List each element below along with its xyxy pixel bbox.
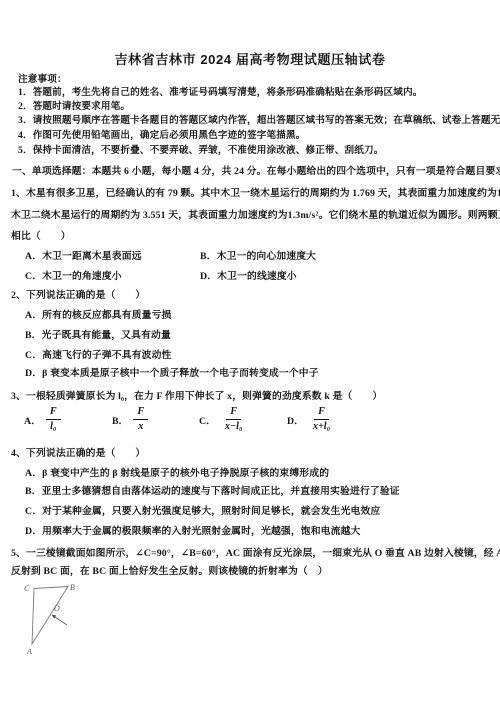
option-label: B．: [200, 251, 217, 262]
notice-item-3: 3．请按照题号顺序在答题卡各题目的答题区域内作答，超出答题区域书写的答案无效；在…: [18, 112, 500, 126]
option-text: β 衰变中产生的 β 射线是原子的核外电子挣脱原子核的束缚形成的: [42, 468, 329, 479]
section-header: 一、单项选择题：本题共 6 小题，每小题 4 分，共 24 分。在每小题给出的四…: [12, 163, 500, 177]
option-label: B．: [25, 330, 42, 341]
notice-item-2: 2．答题时请按要求用笔。: [18, 98, 130, 112]
fraction-denominator: x+l₀: [309, 420, 334, 433]
option-label: C．: [25, 350, 42, 361]
q3-option-c: C． Fx−l₀: [199, 406, 247, 433]
q5-line-1: 5、一三棱镜截面如图所示，∠C=90°，∠B=60°，AC 面涂有反光涂层，一细…: [11, 545, 500, 559]
q2-option-a: A．所有的核反应都具有质量亏损: [25, 307, 171, 321]
incident-ray: [54, 616, 68, 625]
option-label: C．: [25, 271, 42, 282]
exam-paper-page: 吉林省吉林市 2024 届高考物理试题压轴试卷 注意事项： 1．答题前，考生先将…: [0, 0, 500, 707]
option-text: 木卫一距离木星表面远: [42, 251, 141, 262]
option-label: A．: [25, 468, 42, 479]
vertex-label-c: C: [24, 584, 30, 593]
q2-option-d: D．β 衰变本质是原子核中一个质子释放一个电子而转变成一个中子: [25, 365, 319, 379]
option-text: β 衰变本质是原子核中一个质子释放一个电子而转变成一个中子: [42, 368, 318, 379]
notice-heading: 注意事项：: [18, 71, 67, 85]
q4-option-b: B．亚里士多德猜想自由落体运动的速度与下落时间成正比，并直接用实验进行了验证: [25, 483, 400, 497]
option-text: 对于某种金属，只要入射光强度足够大，照射时间足够长，就会发生光电效应: [42, 506, 380, 517]
q3-option-b: B． Fx: [112, 406, 148, 433]
option-label: C．: [25, 506, 42, 517]
point-label-o: O: [54, 604, 60, 613]
option-label: D．: [287, 413, 304, 427]
q4-option-c: C．对于某种金属，只要入射光强度足够大，照射时间足够长，就会发生光电效应: [25, 503, 380, 517]
fraction-numerator: F: [46, 406, 61, 420]
option-label: A．: [24, 413, 41, 427]
fraction-numerator: F: [226, 406, 241, 420]
ray-arrowhead: [51, 615, 56, 619]
option-text: 光子既具有能量，又具有动量: [42, 330, 171, 341]
q3-stem: 3、一根轻质弹簧原长为 l₀，在力 F 作用下伸长了 x，则弹簧的劲度系数 k …: [11, 388, 382, 402]
option-label: D．: [200, 271, 217, 282]
notice-item-5: 5．保持卡面清洁，不要折叠、不要弄破、弄皱，不准使用涂改液、修正带、刮纸刀。: [18, 142, 383, 156]
fraction-denominator: x: [134, 420, 147, 433]
q5-line-2: 反射到 BC 面，在 BC 面上恰好发生全反射。则该棱镜的折射率为（ ）: [11, 563, 328, 577]
fraction-numerator: F: [133, 406, 148, 420]
vertex-label-b: B: [70, 583, 75, 592]
q1-option-b: B．木卫一的向心加速度大: [200, 248, 316, 262]
notice-item-1: 1．答题前，考生先将自己的姓名、准考证号码填写清楚，将条形码准确粘贴在条形码区域…: [18, 84, 422, 98]
option-label: D．: [25, 526, 42, 537]
fraction: Fx−l₀: [221, 406, 247, 433]
q2-stem: 2、下列说法正确的是（ ）: [11, 287, 145, 301]
q1-line-1: 1、木星有很多卫星，已经确认的有 79 颗。其中木卫一绕木星运行的周期约为 1.…: [11, 185, 500, 199]
q3-option-d: D． Fx+l₀: [287, 406, 334, 433]
prism-figure: C B A O: [18, 579, 88, 661]
option-label: C．: [199, 413, 216, 427]
q2-option-c: C．高速飞行的子弹不具有波动性: [25, 347, 171, 361]
fraction: Fx: [133, 406, 148, 433]
q2-option-b: B．光子既具有能量，又具有动量: [25, 327, 171, 341]
option-label: A．: [25, 251, 42, 262]
option-label: D．: [25, 368, 42, 379]
prism-triangle: [32, 587, 68, 645]
option-label: A．: [25, 310, 42, 321]
vertex-label-a: A: [26, 647, 32, 656]
fraction: Fl₀: [46, 406, 61, 433]
option-text: 高速飞行的子弹不具有波动性: [42, 350, 171, 361]
q3-option-a: A． Fl₀: [24, 406, 61, 433]
q1-option-a: A．木卫一距离木星表面远: [25, 248, 142, 262]
q4-option-a: A．β 衰变中产生的 β 射线是原子的核外电子挣脱原子核的束缚形成的: [25, 465, 329, 479]
option-text: 用频率大于金属的极限频率的入射光照射金属时，光越强，饱和电流越大: [42, 526, 360, 537]
fraction-numerator: F: [314, 406, 329, 420]
notice-item-4: 4．作图可先使用铅笔画出，确定后必须用黑色字迹的签字笔描黑。: [18, 127, 306, 141]
fraction-denominator: x−l₀: [221, 420, 247, 433]
fraction-denominator: l₀: [46, 420, 60, 433]
exam-title: 吉林省吉林市 2024 届高考物理试题压轴试卷: [0, 49, 500, 68]
q4-option-d: D．用频率大于金属的极限频率的入射光照射金属时，光越强，饱和电流越大: [25, 523, 360, 537]
q1-line-2: 木卫二绕木星运行的周期约为 3.551 天，其表面重力加速度约为1.3m/s²。…: [11, 207, 500, 221]
q1-option-d: D．木卫一的线速度小: [200, 268, 297, 282]
option-text: 所有的核反应都具有质量亏损: [42, 310, 171, 321]
q4-stem: 4、下列说法正确的是（ ）: [11, 445, 145, 459]
q1-line-3: 相比（ ）: [11, 228, 71, 242]
q1-option-c: C．木卫一的角速度小: [25, 268, 122, 282]
option-label: B．: [25, 486, 42, 497]
option-label: B．: [112, 413, 128, 427]
option-text: 木卫一的线速度小: [217, 271, 297, 282]
option-text: 木卫一的向心加速度大: [217, 251, 316, 262]
fraction: Fx+l₀: [309, 406, 334, 433]
option-text: 亚里士多德猜想自由落体运动的速度与下落时间成正比，并直接用实验进行了验证: [42, 486, 400, 497]
option-text: 木卫一的角速度小: [42, 271, 122, 282]
